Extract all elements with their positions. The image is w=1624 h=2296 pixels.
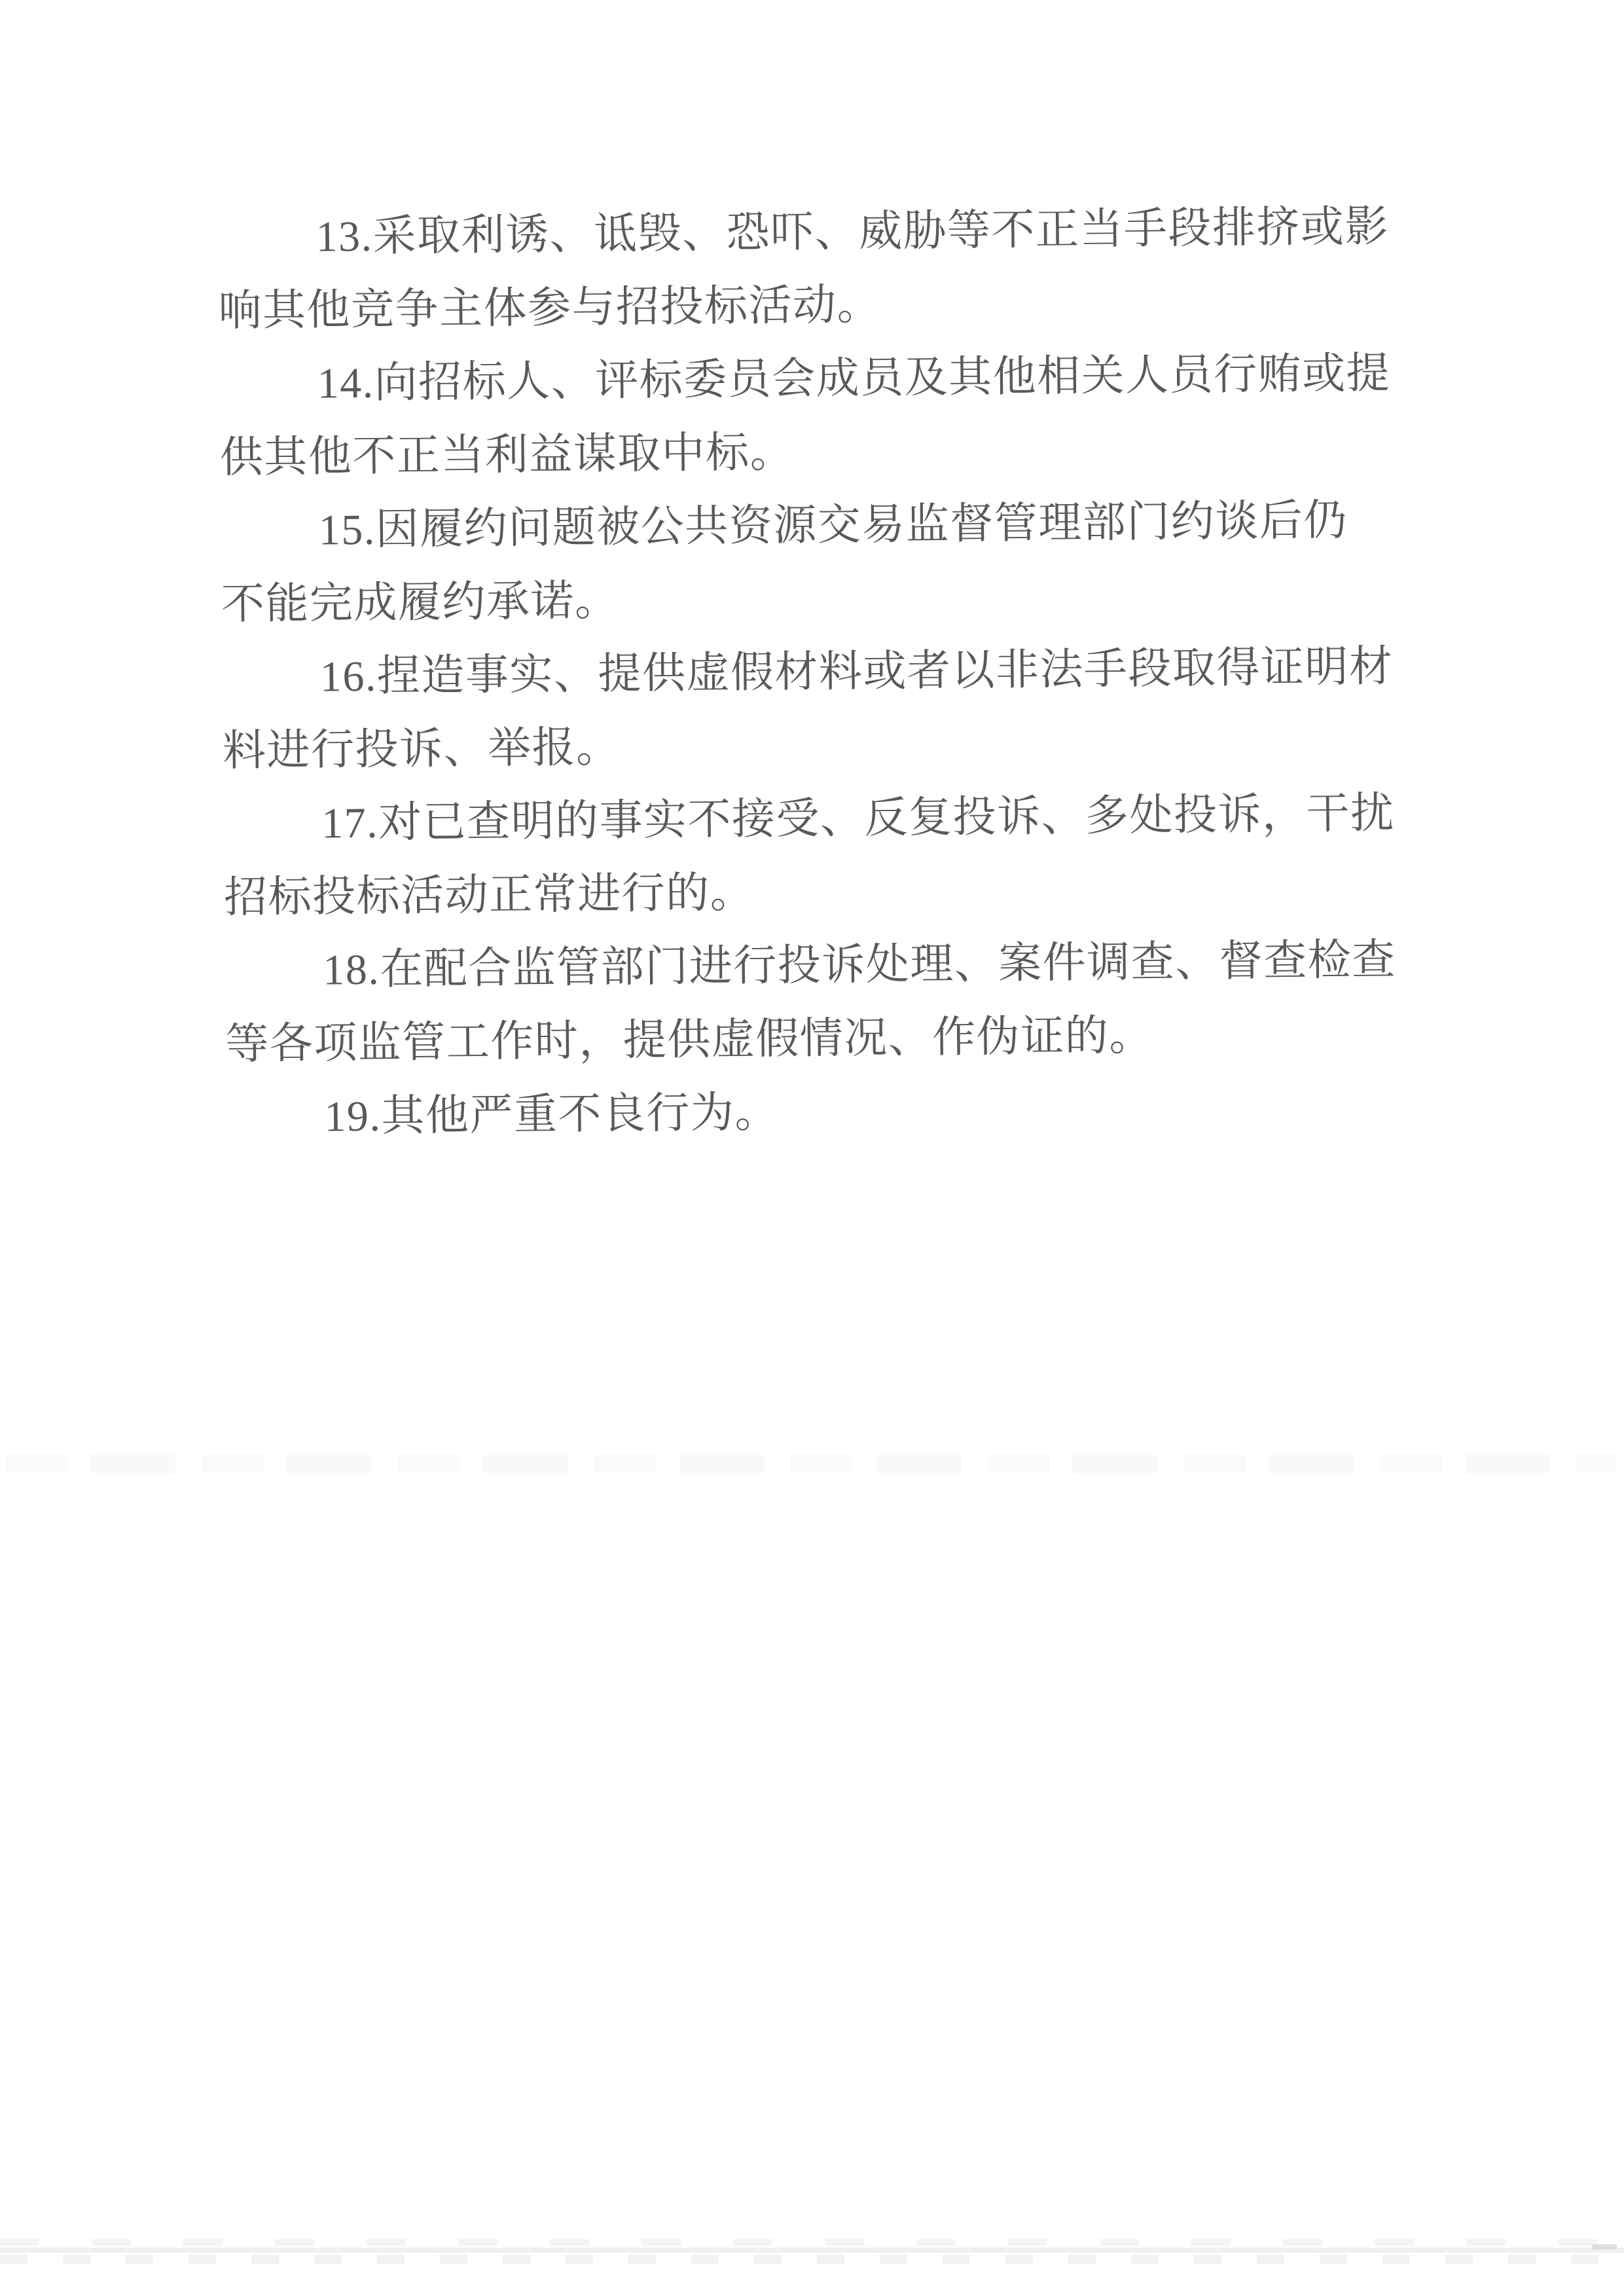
text-line: 17.对已查明的事实不接受、反复投诉、多处投诉，干扰 (223, 776, 1415, 861)
text-line: 料进行投诉、举报。 (223, 703, 1415, 788)
list-item-18: 18.在配合监管部门进行投诉处理、案件调查、督查检查 等各项监管工作时，提供虚假… (225, 923, 1417, 1081)
list-item-14: 14.向招标人、评标委员会成员及其他相关人员行贿或提 供其他不正当利益谋取中标。 (219, 337, 1411, 495)
scan-artifact-dash (1592, 2244, 1617, 2250)
scan-artifact-band-lower (0, 2239, 1624, 2265)
text-line: 等各项监管工作时，提供虚假情况、作伪证的。 (225, 996, 1417, 1081)
text-line: 13.采取利诱、诋毁、恐吓、威胁等不正当手段排挤或影 (217, 191, 1409, 275)
text-line: 19.其他严重不良行为。 (226, 1070, 1418, 1154)
text-line: 响其他竞争主体参与招投标活动。 (218, 264, 1410, 348)
list-item-15: 15.因履约问题被公共资源交易监督管理部门约谈后仍 不能完成履约承诺。 (220, 484, 1413, 642)
text-line: 16.捏造事实、提供虚假材料或者以非法手段取得证明材 (221, 630, 1413, 714)
document-page: 13.采取利诱、诋毁、恐吓、威胁等不正当手段排挤或影 响其他竞争主体参与招投标活… (0, 0, 1624, 2296)
text-line: 14.向招标人、评标委员会成员及其他相关人员行贿或提 (219, 337, 1411, 422)
text-line: 不能完成履约承诺。 (221, 557, 1413, 642)
scan-artifact-band-upper (5, 1455, 1617, 1473)
text-line: 15.因履约问题被公共资源交易监督管理部门约谈后仍 (220, 484, 1412, 568)
document-text-block: 13.采取利诱、诋毁、恐吓、威胁等不正当手段排挤或影 响其他竞争主体参与招投标活… (217, 191, 1418, 1155)
list-item-16: 16.捏造事实、提供虚假材料或者以非法手段取得证明材 料进行投诉、举报。 (221, 630, 1414, 788)
text-line: 供其他不正当利益谋取中标。 (219, 410, 1411, 495)
text-line: 招标投标活动正常进行的。 (224, 850, 1416, 934)
text-line: 18.在配合监管部门进行投诉处理、案件调查、督查检查 (225, 923, 1416, 1008)
list-item-19: 19.其他严重不良行为。 (226, 1070, 1418, 1154)
list-item-17: 17.对已查明的事实不接受、反复投诉、多处投诉，干扰 招标投标活动正常进行的。 (223, 776, 1416, 934)
list-item-13: 13.采取利诱、诋毁、恐吓、威胁等不正当手段排挤或影 响其他竞争主体参与招投标活… (217, 191, 1410, 348)
